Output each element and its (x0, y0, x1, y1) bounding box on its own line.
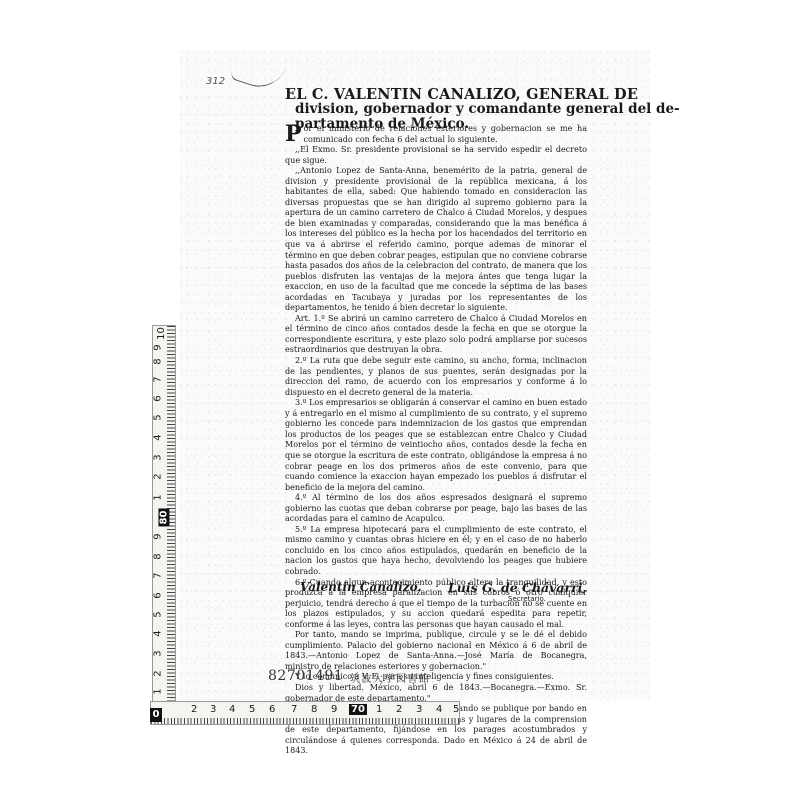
ruler-label: 4 (153, 434, 164, 440)
paragraph: 5.º La empresa hipotecará para el cumpli… (285, 525, 587, 578)
ruler-label: 2 (153, 670, 164, 676)
paragraph: Art. 1.º Se abrirá un camino carretero d… (285, 314, 587, 356)
ruler-label: 9 (153, 533, 164, 539)
drop-cap: P (285, 125, 302, 143)
ruler-label: 5 (153, 414, 164, 420)
ruler-label: 1 (153, 688, 164, 694)
ruler-label: 80 (158, 509, 169, 527)
page-number: 312 (206, 76, 225, 87)
ruler-label: 3 (416, 704, 422, 715)
ruler-label: 70 (349, 704, 367, 715)
ruler-label: 5 (453, 704, 459, 715)
paragraph: Por tanto, mando se imprima, publique, c… (285, 630, 587, 672)
ruler-label: 7 (291, 704, 297, 715)
ruler-label: 2 (191, 704, 197, 715)
paragraph: 3.º Los empresarios se obligarán á conse… (285, 398, 587, 493)
ruler-label: 6 (269, 704, 275, 715)
paragraph: ,,Antonio Lopez de Santa-Anna, benemérit… (285, 166, 587, 314)
document-body: Por el ministerio de relaciones esterior… (285, 124, 587, 757)
ruler-label: 8 (153, 358, 164, 364)
ruler-label: 2 (396, 704, 402, 715)
ruler-label: 8 (153, 553, 164, 559)
ruler-label: 7 (153, 572, 164, 578)
ruler-label: 4 (153, 630, 164, 636)
paragraph: 2.º La ruta que debe seguir este camino,… (285, 356, 587, 398)
ruler-label: 4 (229, 704, 235, 715)
ruler-label: 5 (153, 611, 164, 617)
ruler-label: 4 (436, 704, 442, 715)
ruler-label: 2 (153, 473, 164, 479)
ruler-ticks (151, 718, 459, 724)
ruler-label: 6 (153, 395, 164, 401)
title-line-1: EL C. VALENTIN CANALIZO, GENERAL DE (285, 87, 590, 102)
ruler-label: 3 (153, 454, 164, 460)
library-number: 82701491 (268, 668, 343, 684)
paragraph: ,,El Exmo. Sr. presidente provisional se… (285, 145, 587, 166)
library-stamp: 筑波大学図書館 (350, 670, 431, 685)
ruler-label: 9 (153, 344, 164, 350)
signature-governor: Valentin Canalizo. (300, 580, 422, 594)
ruler-label: 9 (331, 704, 337, 715)
paragraph: or el ministerio de relaciones esteriore… (304, 124, 587, 144)
ruler-label: 7 (153, 376, 164, 382)
ruler-label: 5 (249, 704, 255, 715)
ruler-origin: 0 (150, 708, 162, 722)
title-line-2: division, gobernador y comandante genera… (285, 102, 590, 117)
ruler-label: 1 (376, 704, 382, 715)
secretary-role: Secretario. (508, 595, 546, 603)
ruler-label: 3 (153, 650, 164, 656)
ruler-label: 1 (153, 494, 164, 500)
ruler-label: 10 (156, 327, 167, 340)
paragraph: 4.º Al término de los dos años espresado… (285, 493, 587, 525)
horizontal-ruler: 2 3 4 5 6 7 8 9 70 1 2 3 4 5 (150, 701, 460, 725)
ruler-label: 6 (153, 592, 164, 598)
vertical-ruler: 1 2 3 4 5 6 7 8 9 80 1 2 3 4 5 6 7 8 9 1… (152, 325, 176, 712)
ruler-label: 8 (311, 704, 317, 715)
ruler-label: 3 (210, 704, 216, 715)
signature-secretary: Luis G. de Chávarri, (448, 580, 587, 595)
